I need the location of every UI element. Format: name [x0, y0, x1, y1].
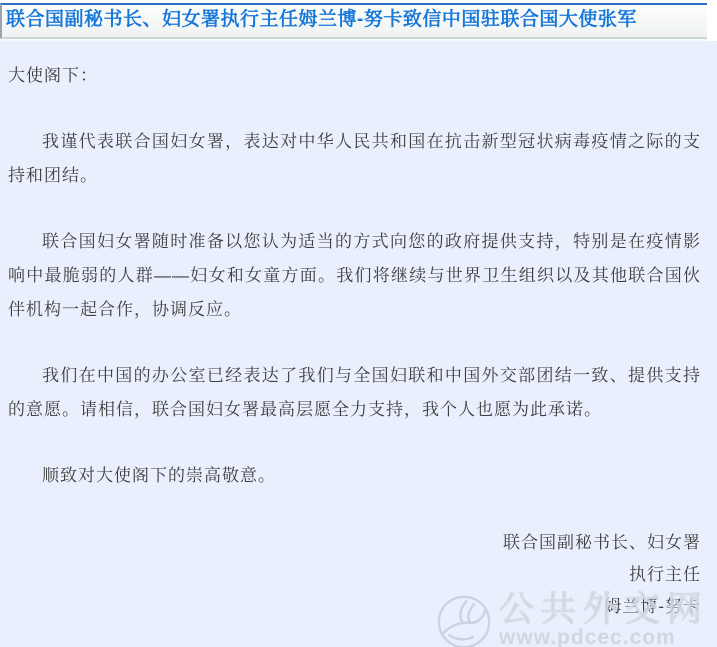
signature-block: 联合国副秘书长、妇女署 执行主任 姆兰博-努卡	[8, 527, 701, 623]
article-title-bar: 联合国副秘书长、妇女署执行主任姆兰博-努卡致信中国驻联合国大使张军	[0, 3, 707, 39]
signature-line-name: 姆兰博-努卡	[8, 591, 701, 623]
letter-body: 大使阁下： 我谨代表联合国妇女署，表达对中华人民共和国在抗击新型冠状病毒疫情之际…	[0, 41, 717, 647]
article-title: 联合国副秘书长、妇女署执行主任姆兰博-努卡致信中国驻联合国大使张军	[6, 7, 703, 33]
closing-line: 顺致对大使阁下的崇高敬意。	[8, 459, 701, 493]
article-page: 联合国副秘书长、妇女署执行主任姆兰博-努卡致信中国驻联合国大使张军 大使阁下： …	[0, 0, 717, 647]
salutation: 大使阁下：	[8, 59, 701, 93]
signature-line-role: 执行主任	[8, 559, 701, 591]
paragraph: 我谨代表联合国妇女署，表达对中华人民共和国在抗击新型冠状病毒疫情之际的支持和团结…	[8, 125, 701, 193]
paragraph: 我们在中国的办公室已经表达了我们与全国妇联和中国外交部团结一致、提供支持的意愿。…	[8, 359, 701, 427]
signature-line-org: 联合国副秘书长、妇女署	[8, 527, 701, 559]
paragraph: 联合国妇女署随时准备以您认为适当的方式向您的政府提供支持，特别是在疫情影响中最脆…	[8, 225, 701, 327]
